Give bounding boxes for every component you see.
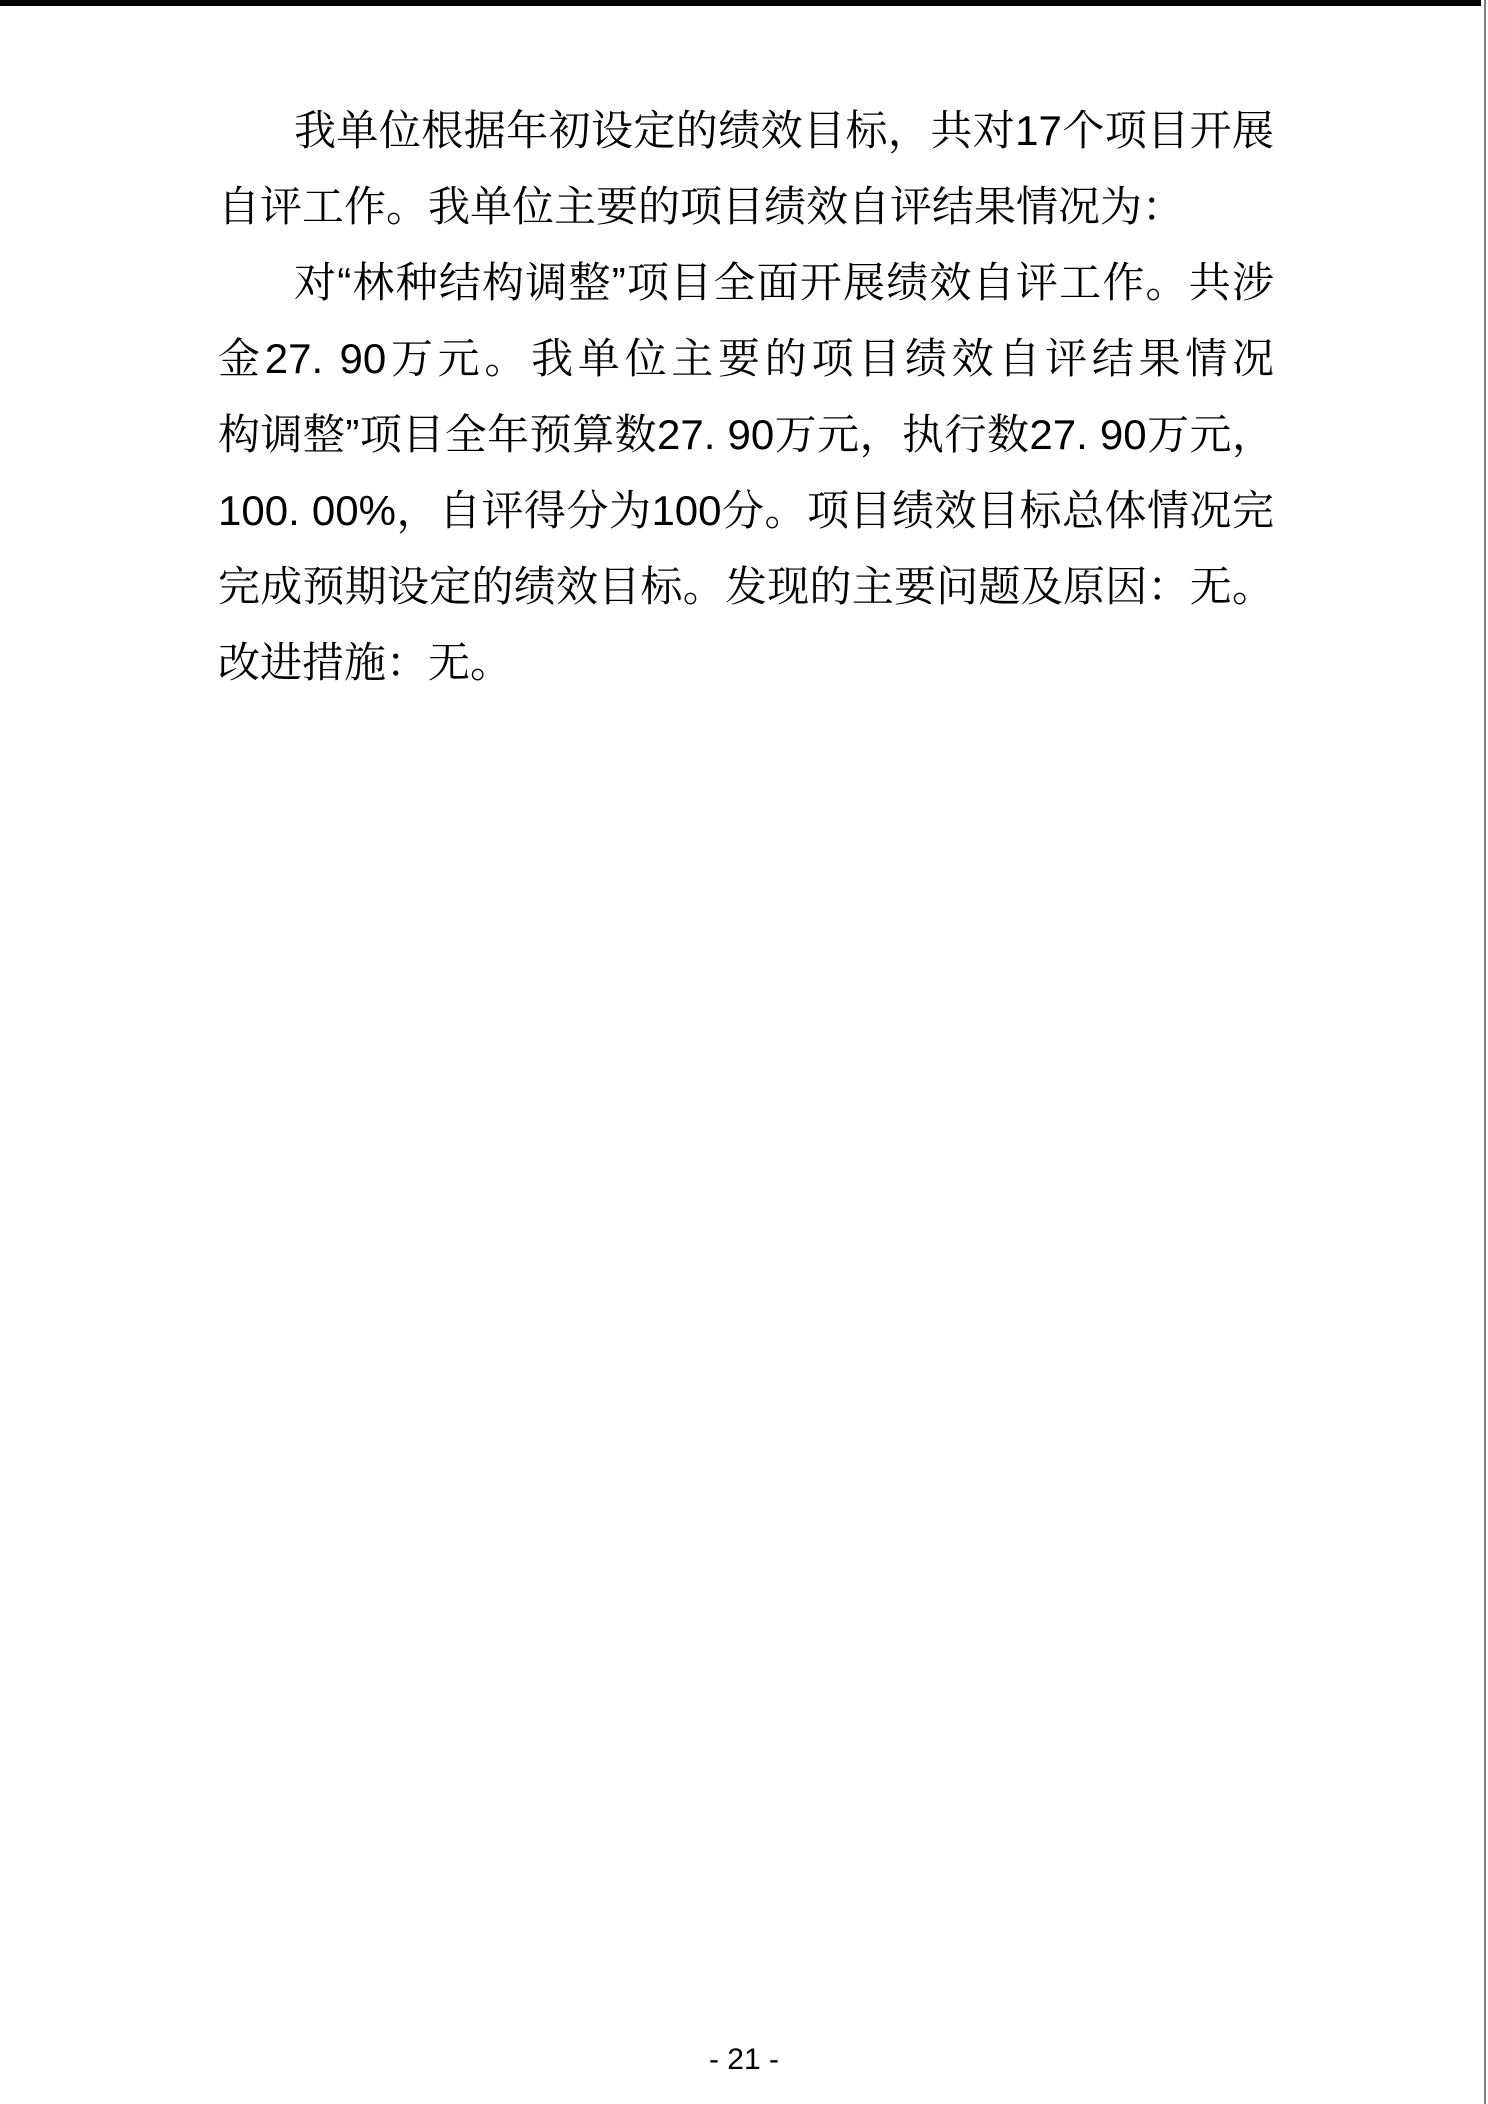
paragraph-2-line-6: 改进措施：无。 — [218, 625, 1274, 701]
paragraph-1-line-1: 我单位根据年初设定的绩效目标，共对17个项目开展了绩效 — [218, 93, 1274, 169]
right-border-line — [1484, 0, 1486, 2104]
page-footer: - 21 - — [0, 2040, 1488, 2080]
page-number: - 21 - — [709, 2043, 779, 2076]
paragraph-2-line-3: 构调整”项目全年预算数27. 90万元，执行数27. 90万元，执行率 — [218, 397, 1274, 473]
top-border-bar — [0, 0, 1481, 6]
paragraph-1-line-2: 自评工作。我单位主要的项目绩效自评结果情况为： — [218, 169, 1274, 245]
document-page: 我单位根据年初设定的绩效目标，共对17个项目开展了绩效 自评工作。我单位主要的项… — [0, 0, 1488, 2104]
paragraph-2-line-2: 金27. 90万元。我单位主要的项目绩效自评结果情况为：“林种结 — [218, 321, 1274, 397]
document-body: 我单位根据年初设定的绩效目标，共对17个项目开展了绩效 自评工作。我单位主要的项… — [218, 93, 1274, 701]
paragraph-2-line-4: 100. 00%，自评得分为100分。项目绩效目标总体情况完成良好， — [218, 473, 1274, 549]
paragraph-2-line-5: 完成预期设定的绩效目标。发现的主要问题及原因：无。下一步 — [218, 549, 1274, 625]
paragraph-2-line-1: 对“林种结构调整”项目全面开展绩效自评工作。共涉及资 — [218, 245, 1274, 321]
